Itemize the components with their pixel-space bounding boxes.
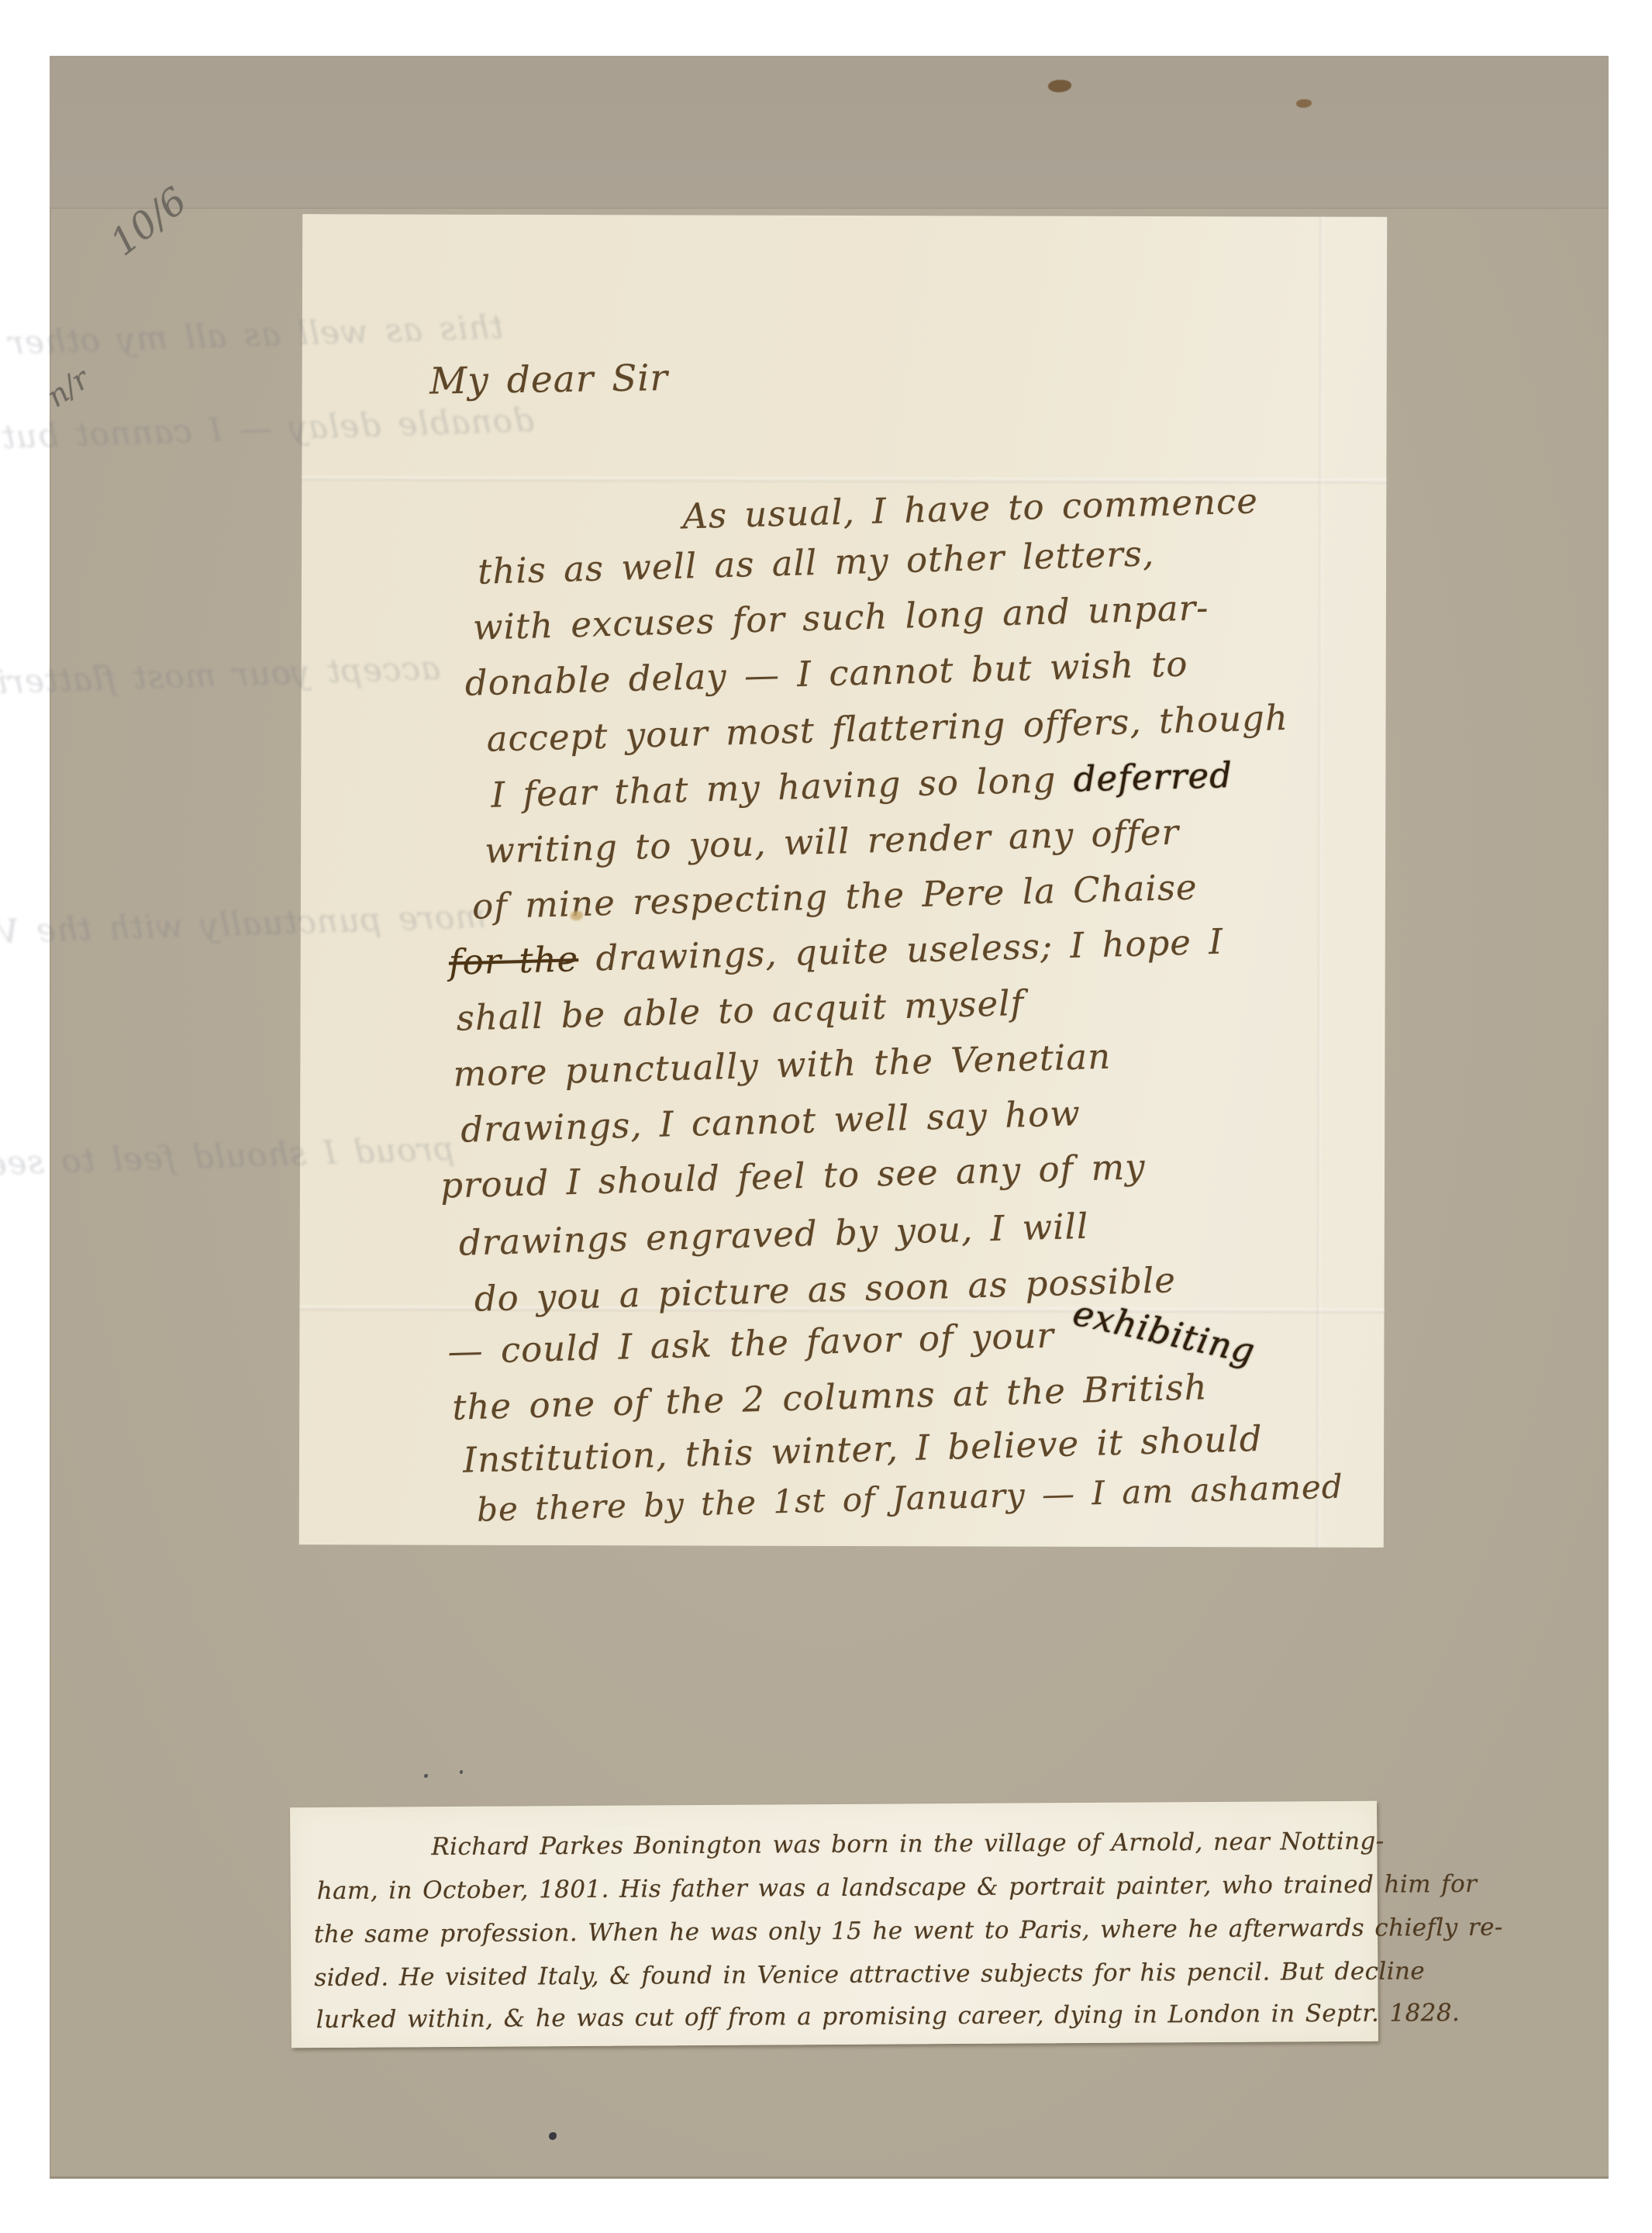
letter-line: — could I ask the favor of your exhibiti… xyxy=(447,1309,1257,1372)
letter-line-text: — could I ask the favor of your xyxy=(447,1315,1055,1372)
letter-line: proud I should feel to see any of my xyxy=(440,1146,1146,1206)
letter-line-text: drawings, quite useless; I hope I xyxy=(595,921,1224,979)
blotted-word: exhibiting xyxy=(1069,1293,1259,1372)
letter-line: this as well as all my other letters, xyxy=(478,533,1155,592)
letter-line-text: I fear that my having so long xyxy=(491,759,1057,816)
letter-line: drawings engraved by you, I will xyxy=(458,1206,1089,1264)
letter-line: shall be able to acquit myself xyxy=(456,982,1025,1039)
letter-line: accept your most flattering offers, thou… xyxy=(486,697,1289,760)
caption-line: Richard Parkes Bonington was born in the… xyxy=(431,1827,1384,1862)
letter-line: the one of the 2 columns at the British xyxy=(452,1366,1209,1427)
letter-line: for the drawings, quite useless; I hope … xyxy=(448,921,1223,983)
letter-line: donable delay — I cannot but wish to xyxy=(464,644,1188,704)
letter-line: with excuses for such long and unpar- xyxy=(472,587,1209,648)
caption-line: the same profession. When he was only 15… xyxy=(314,1914,1503,1948)
caption-slip: Richard Parkes Bonington was born in the… xyxy=(290,1801,1378,2048)
caption-line: ham, in October, 1801. His father was a … xyxy=(317,1870,1478,1905)
letter-line: I fear that my having so long deferred xyxy=(491,754,1233,816)
caption-line: sided. He visited Italy, & found in Veni… xyxy=(314,1957,1425,1992)
strikethrough-text: for the xyxy=(448,938,579,983)
album-page-top-edge-band xyxy=(50,56,1609,209)
letter-sheet: this as well as all my other letters, do… xyxy=(299,214,1387,1548)
letter-line: more punctually with the Venetian xyxy=(453,1036,1112,1095)
letter-salutation: My dear Sir xyxy=(429,357,668,403)
letter-line: As usual, I have to commence xyxy=(682,480,1259,537)
caption-line: lurked within, & he was cut off from a p… xyxy=(316,1999,1461,2034)
letter-line: drawings, I cannot well say how xyxy=(460,1092,1081,1151)
blotted-word: deferred xyxy=(1073,754,1233,800)
scan-background: { "pencil": { "mark_top": "10/6", "mark_… xyxy=(0,0,1652,2233)
letter-fold-crease xyxy=(1316,217,1323,1548)
letter-line: Institution, this winter, I believe it s… xyxy=(463,1418,1264,1481)
letter-line: writing to you, will render any offer xyxy=(485,812,1180,871)
